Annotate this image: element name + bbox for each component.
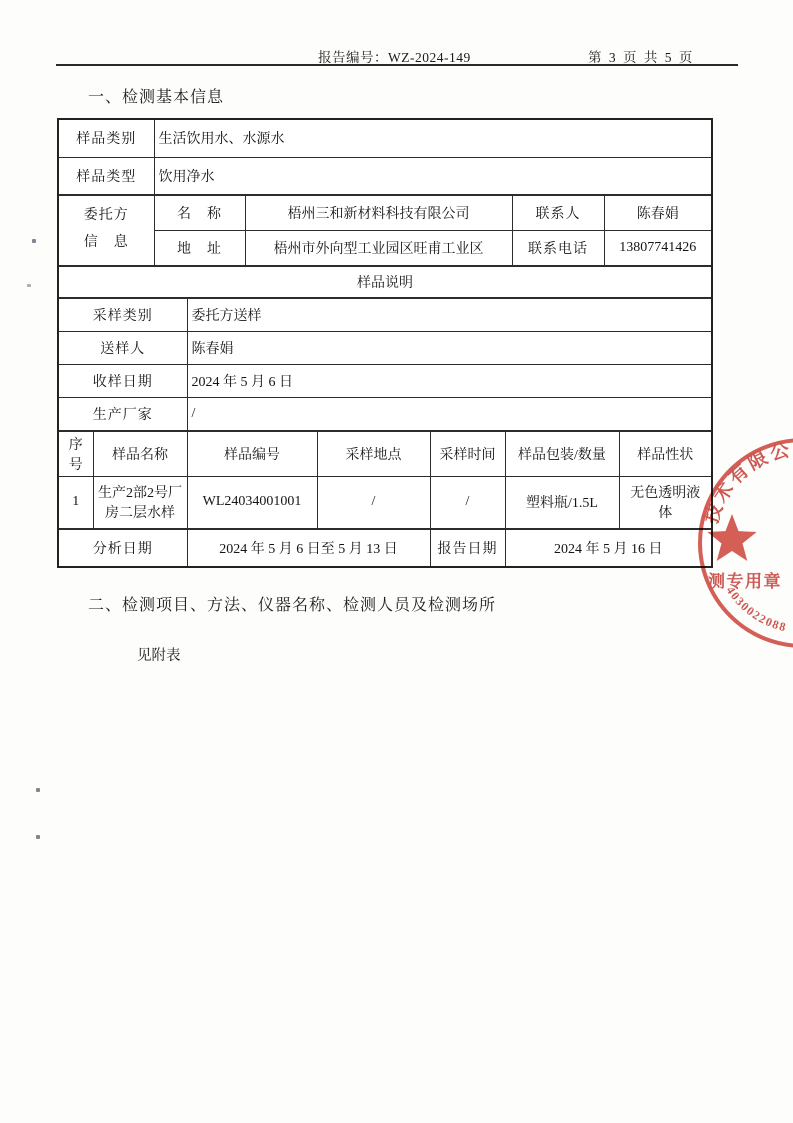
col-header-sample-name: 样品名称: [93, 431, 187, 476]
sample-table-header-row: 序号 样品名称 样品编号 采样地点 采样时间 样品包装/数量 样品性状: [59, 431, 711, 476]
table-row: 样品类别 生活饮用水、水源水: [59, 120, 711, 157]
client-info-label-line1: 委托方: [63, 203, 150, 230]
client-address-label: 地 址: [154, 230, 245, 265]
client-address-value: 梧州市外向型工业园区旺甫工业区: [245, 230, 512, 265]
table-row: 委托方 信 息 名 称 梧州三和新材料科技有限公司 联系人 陈春娟: [59, 195, 711, 230]
sample-table-data-row: 1 生产2部2号厂房二层水样 WL24034001001 / / 塑料瓶/1.5…: [59, 476, 711, 528]
seal-star-icon: [707, 514, 756, 561]
sample-description-header: 样品说明: [59, 266, 711, 297]
seal-ring: [700, 440, 793, 646]
basic-info-table: 样品类别 生活饮用水、水源水 样品类型 饮用净水 委托方 信 息 名 称 梧州三…: [57, 118, 713, 568]
scan-speck: [36, 835, 40, 839]
table-row: 样品类型 饮用净水: [59, 157, 711, 194]
section2-title: 二、检测项目、方法、仪器名称、检测人员及检测场所: [88, 592, 496, 615]
section2-body: 见附表: [137, 644, 181, 665]
client-info-label-line2: 信 息: [63, 230, 150, 257]
report-date-value: 2024 年 5 月 16 日: [505, 529, 711, 566]
table-row: 样品说明: [59, 266, 711, 297]
sampling-time: /: [430, 476, 505, 528]
col-header-packaging: 样品包装/数量: [505, 431, 619, 476]
table-row: 采样类别 委托方送样: [59, 298, 711, 331]
sample-description-header-section: 样品说明: [59, 266, 711, 298]
contact-person-value: 陈春娟: [604, 195, 711, 230]
sample-category-label: 样品类别: [59, 120, 154, 157]
report-number: 报告编号：WZ-2024-149: [318, 46, 471, 66]
client-name-value: 梧州三和新材料科技有限公司: [245, 195, 512, 230]
manufacturer-label: 生产厂家: [59, 397, 187, 430]
sample-category-value: 生活饮用水、水源水: [154, 120, 711, 157]
col-header-seq: 序号: [59, 431, 93, 476]
client-name-label: 名 称: [154, 195, 245, 230]
seal-number: 4030022088: [724, 584, 789, 635]
sampling-category-value: 委托方送样: [187, 298, 711, 331]
table-row: 送样人 陈春娟: [59, 331, 711, 364]
seal-arc-text: 技术有限公司梧州分公: [699, 438, 793, 527]
table-row: 生产厂家 /: [59, 397, 711, 430]
col-header-sample-no: 样品编号: [187, 431, 317, 476]
scan-speck: [32, 239, 36, 243]
sample-type-value: 饮用净水: [154, 157, 711, 194]
col-header-sampling-site: 采样地点: [317, 431, 430, 476]
sample-name: 生产2部2号厂房二层水样: [93, 476, 187, 528]
sample-type-label: 样品类型: [59, 157, 154, 194]
contact-phone-label: 联系电话: [512, 230, 604, 265]
header-rule: [56, 64, 738, 66]
scan-speck: [36, 788, 40, 792]
sampling-info-section: 采样类别 委托方送样 送样人 陈春娟 收样日期 2024 年 5 月 6 日 生…: [59, 298, 711, 431]
contact-phone-value: 13807741426: [604, 230, 711, 265]
analysis-date-value: 2024 年 5 月 6 日至 5 月 13 日: [187, 529, 430, 566]
table-row: 收样日期 2024 年 5 月 6 日: [59, 364, 711, 397]
table-row: 分析日期 2024 年 5 月 6 日至 5 月 13 日 报告日期 2024 …: [59, 529, 711, 566]
sample-seq: 1: [59, 476, 93, 528]
scan-speck: [27, 284, 31, 287]
sampling-site: /: [317, 476, 430, 528]
client-info-section: 委托方 信 息 名 称 梧州三和新材料科技有限公司 联系人 陈春娟 地 址 梧州…: [59, 195, 711, 266]
receive-date-value: 2024 年 5 月 6 日: [187, 364, 711, 397]
sample-sender-label: 送样人: [59, 331, 187, 364]
report-date-label: 报告日期: [430, 529, 505, 566]
dates-section: 分析日期 2024 年 5 月 6 日至 5 月 13 日 报告日期 2024 …: [59, 529, 711, 567]
receive-date-label: 收样日期: [59, 364, 187, 397]
client-info-label: 委托方 信 息: [59, 195, 154, 265]
sample-character: 无色透明液体: [619, 476, 711, 528]
seal-center-text: 测专用章: [708, 571, 782, 591]
report-page: 报告编号：WZ-2024-149 第 3 页 共 5 页 一、检测基本信息 样品…: [0, 0, 793, 1123]
sample-class-section: 样品类别 生活饮用水、水源水 样品类型 饮用净水: [59, 120, 711, 195]
contact-person-label: 联系人: [512, 195, 604, 230]
sample-packaging: 塑料瓶/1.5L: [505, 476, 619, 528]
analysis-date-label: 分析日期: [59, 529, 187, 566]
page-indicator: 第 3 页 共 5 页: [588, 46, 738, 66]
sample-list-section: 序号 样品名称 样品编号 采样地点 采样时间 样品包装/数量 样品性状 1 生产…: [59, 431, 711, 529]
col-header-sampling-time: 采样时间: [430, 431, 505, 476]
sample-no: WL24034001001: [187, 476, 317, 528]
sample-sender-value: 陈春娟: [187, 331, 711, 364]
section1-title: 一、检测基本信息: [88, 84, 224, 107]
col-header-character: 样品性状: [619, 431, 711, 476]
sampling-category-label: 采样类别: [59, 298, 187, 331]
manufacturer-value: /: [187, 397, 711, 430]
table-row: 地 址 梧州市外向型工业园区旺甫工业区 联系电话 13807741426: [59, 230, 711, 265]
